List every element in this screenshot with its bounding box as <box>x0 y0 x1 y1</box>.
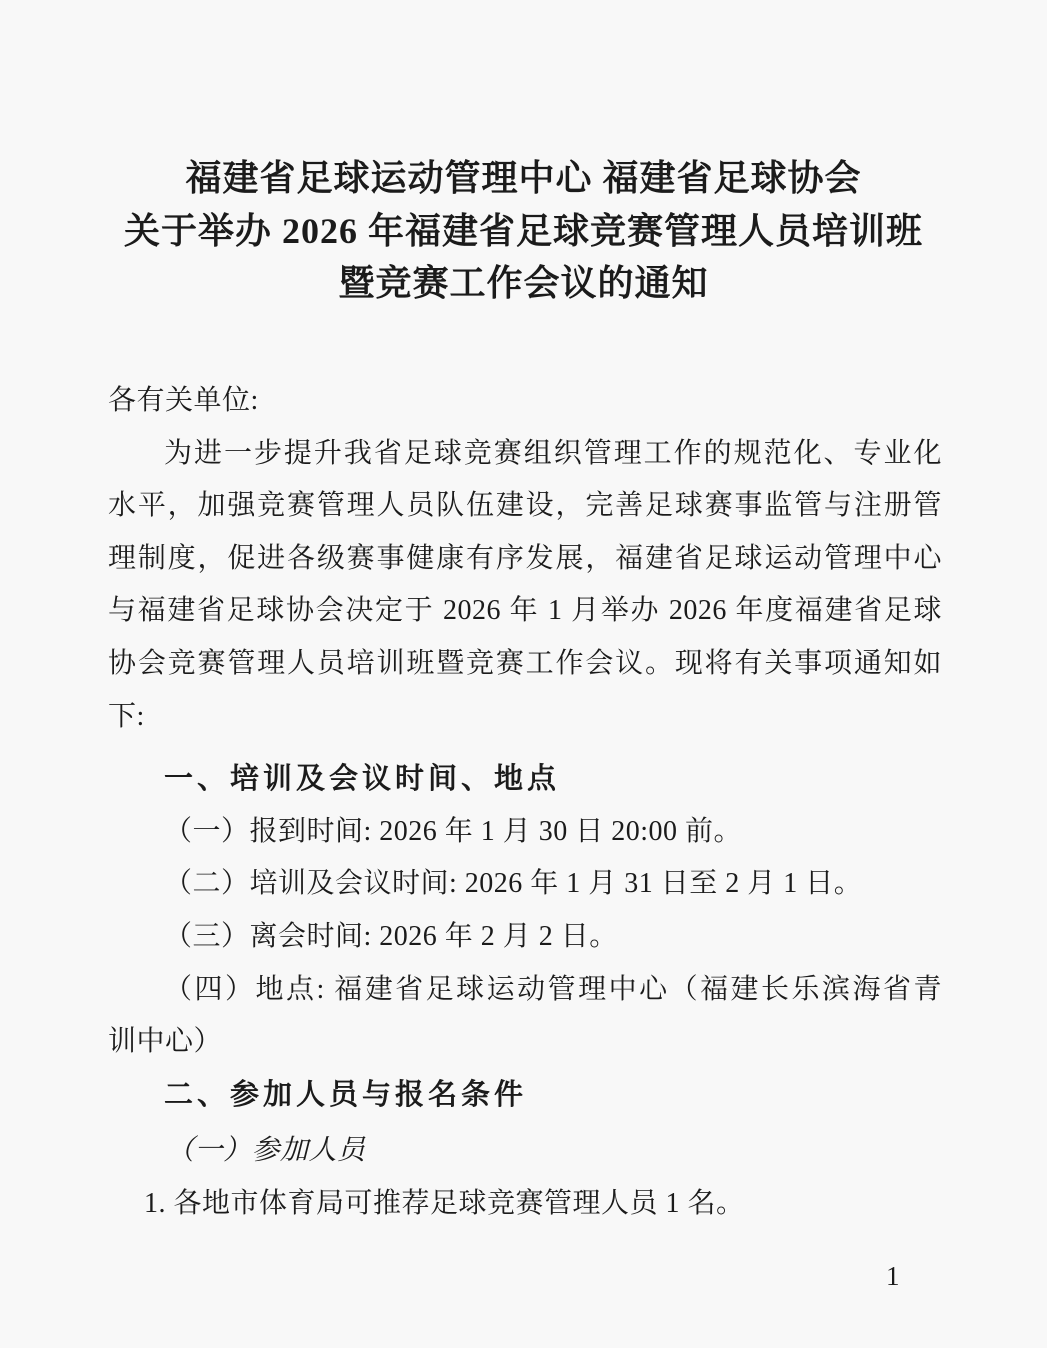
title-line-2: 关于举办 2026 年福建省足球竞赛管理人员培训班 <box>0 205 1047 258</box>
document-body: 各有关单位: 为进一步提升我省足球竞赛组织管理工作的规范化、专业化 水平，加强竞… <box>108 375 942 1231</box>
document-title: 福建省足球运动管理中心 福建省足球协会 关于举办 2026 年福建省足球竞赛管理… <box>0 152 1047 310</box>
section-1-heading: 一、培训及会议时间、地点 <box>108 753 942 806</box>
section-2-heading: 二、参加人员与报名条件 <box>108 1069 942 1122</box>
intro-paragraph-line-6: 下: <box>108 691 942 744</box>
section-1-item-4-line-2: 训中心） <box>108 1016 942 1069</box>
section-1-item-2: （二）培训及会议时间: 2026 年 1 月 31 日至 2 月 1 日。 <box>108 858 942 911</box>
title-line-3: 暨竞赛工作会议的通知 <box>0 257 1047 310</box>
section-1-item-1: （一）报到时间: 2026 年 1 月 30 日 20:00 前。 <box>108 806 942 859</box>
section-1-item-4-line-1: （四）地点: 福建省足球运动管理中心（福建长乐滨海省青 <box>108 964 942 1017</box>
page-number: 1 <box>886 1260 900 1292</box>
document-page: 福建省足球运动管理中心 福建省足球协会 关于举办 2026 年福建省足球竞赛管理… <box>0 0 1047 1348</box>
section-1-item-3: （三）离会时间: 2026 年 2 月 2 日。 <box>108 911 942 964</box>
title-line-1: 福建省足球运动管理中心 福建省足球协会 <box>0 152 1047 205</box>
intro-paragraph-line-5: 协会竞赛管理人员培训班暨竞赛工作会议。现将有关事项通知如 <box>108 638 942 691</box>
intro-paragraph-line-2: 水平，加强竞赛管理人员队伍建设，完善足球赛事监管与注册管 <box>108 480 942 533</box>
section-2-item-1: 1. 各地市体育局可推荐足球竞赛管理人员 1 名。 <box>108 1178 942 1231</box>
salutation: 各有关单位: <box>108 375 942 428</box>
section-2-subheading: （一）参加人员 <box>108 1125 942 1178</box>
intro-paragraph-line-4: 与福建省足球协会决定于 2026 年 1 月举办 2026 年度福建省足球 <box>108 585 942 638</box>
intro-paragraph-line-3: 理制度，促进各级赛事健康有序发展，福建省足球运动管理中心 <box>108 533 942 586</box>
intro-paragraph-line-1: 为进一步提升我省足球竞赛组织管理工作的规范化、专业化 <box>108 428 942 481</box>
